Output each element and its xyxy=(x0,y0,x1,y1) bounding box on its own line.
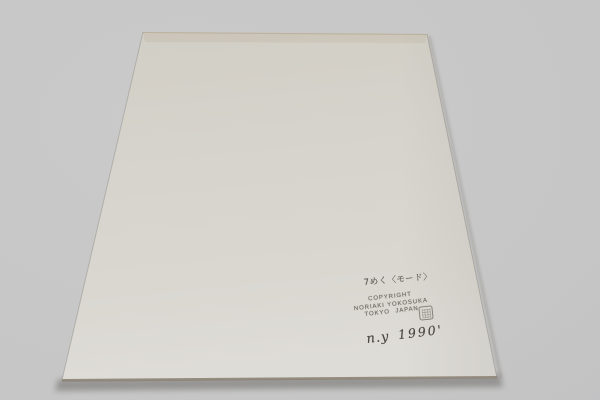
hanko-seal-icon xyxy=(418,305,433,320)
signature-initials: n.y xyxy=(366,329,391,347)
paper-sheet-graphic xyxy=(0,0,600,400)
photo-of-print-back: 7めく〈モード〉 COPYRIGHT NORIAKI YOKOSUKA TOKY… xyxy=(0,0,600,400)
hanko-seal-marks xyxy=(421,308,431,318)
